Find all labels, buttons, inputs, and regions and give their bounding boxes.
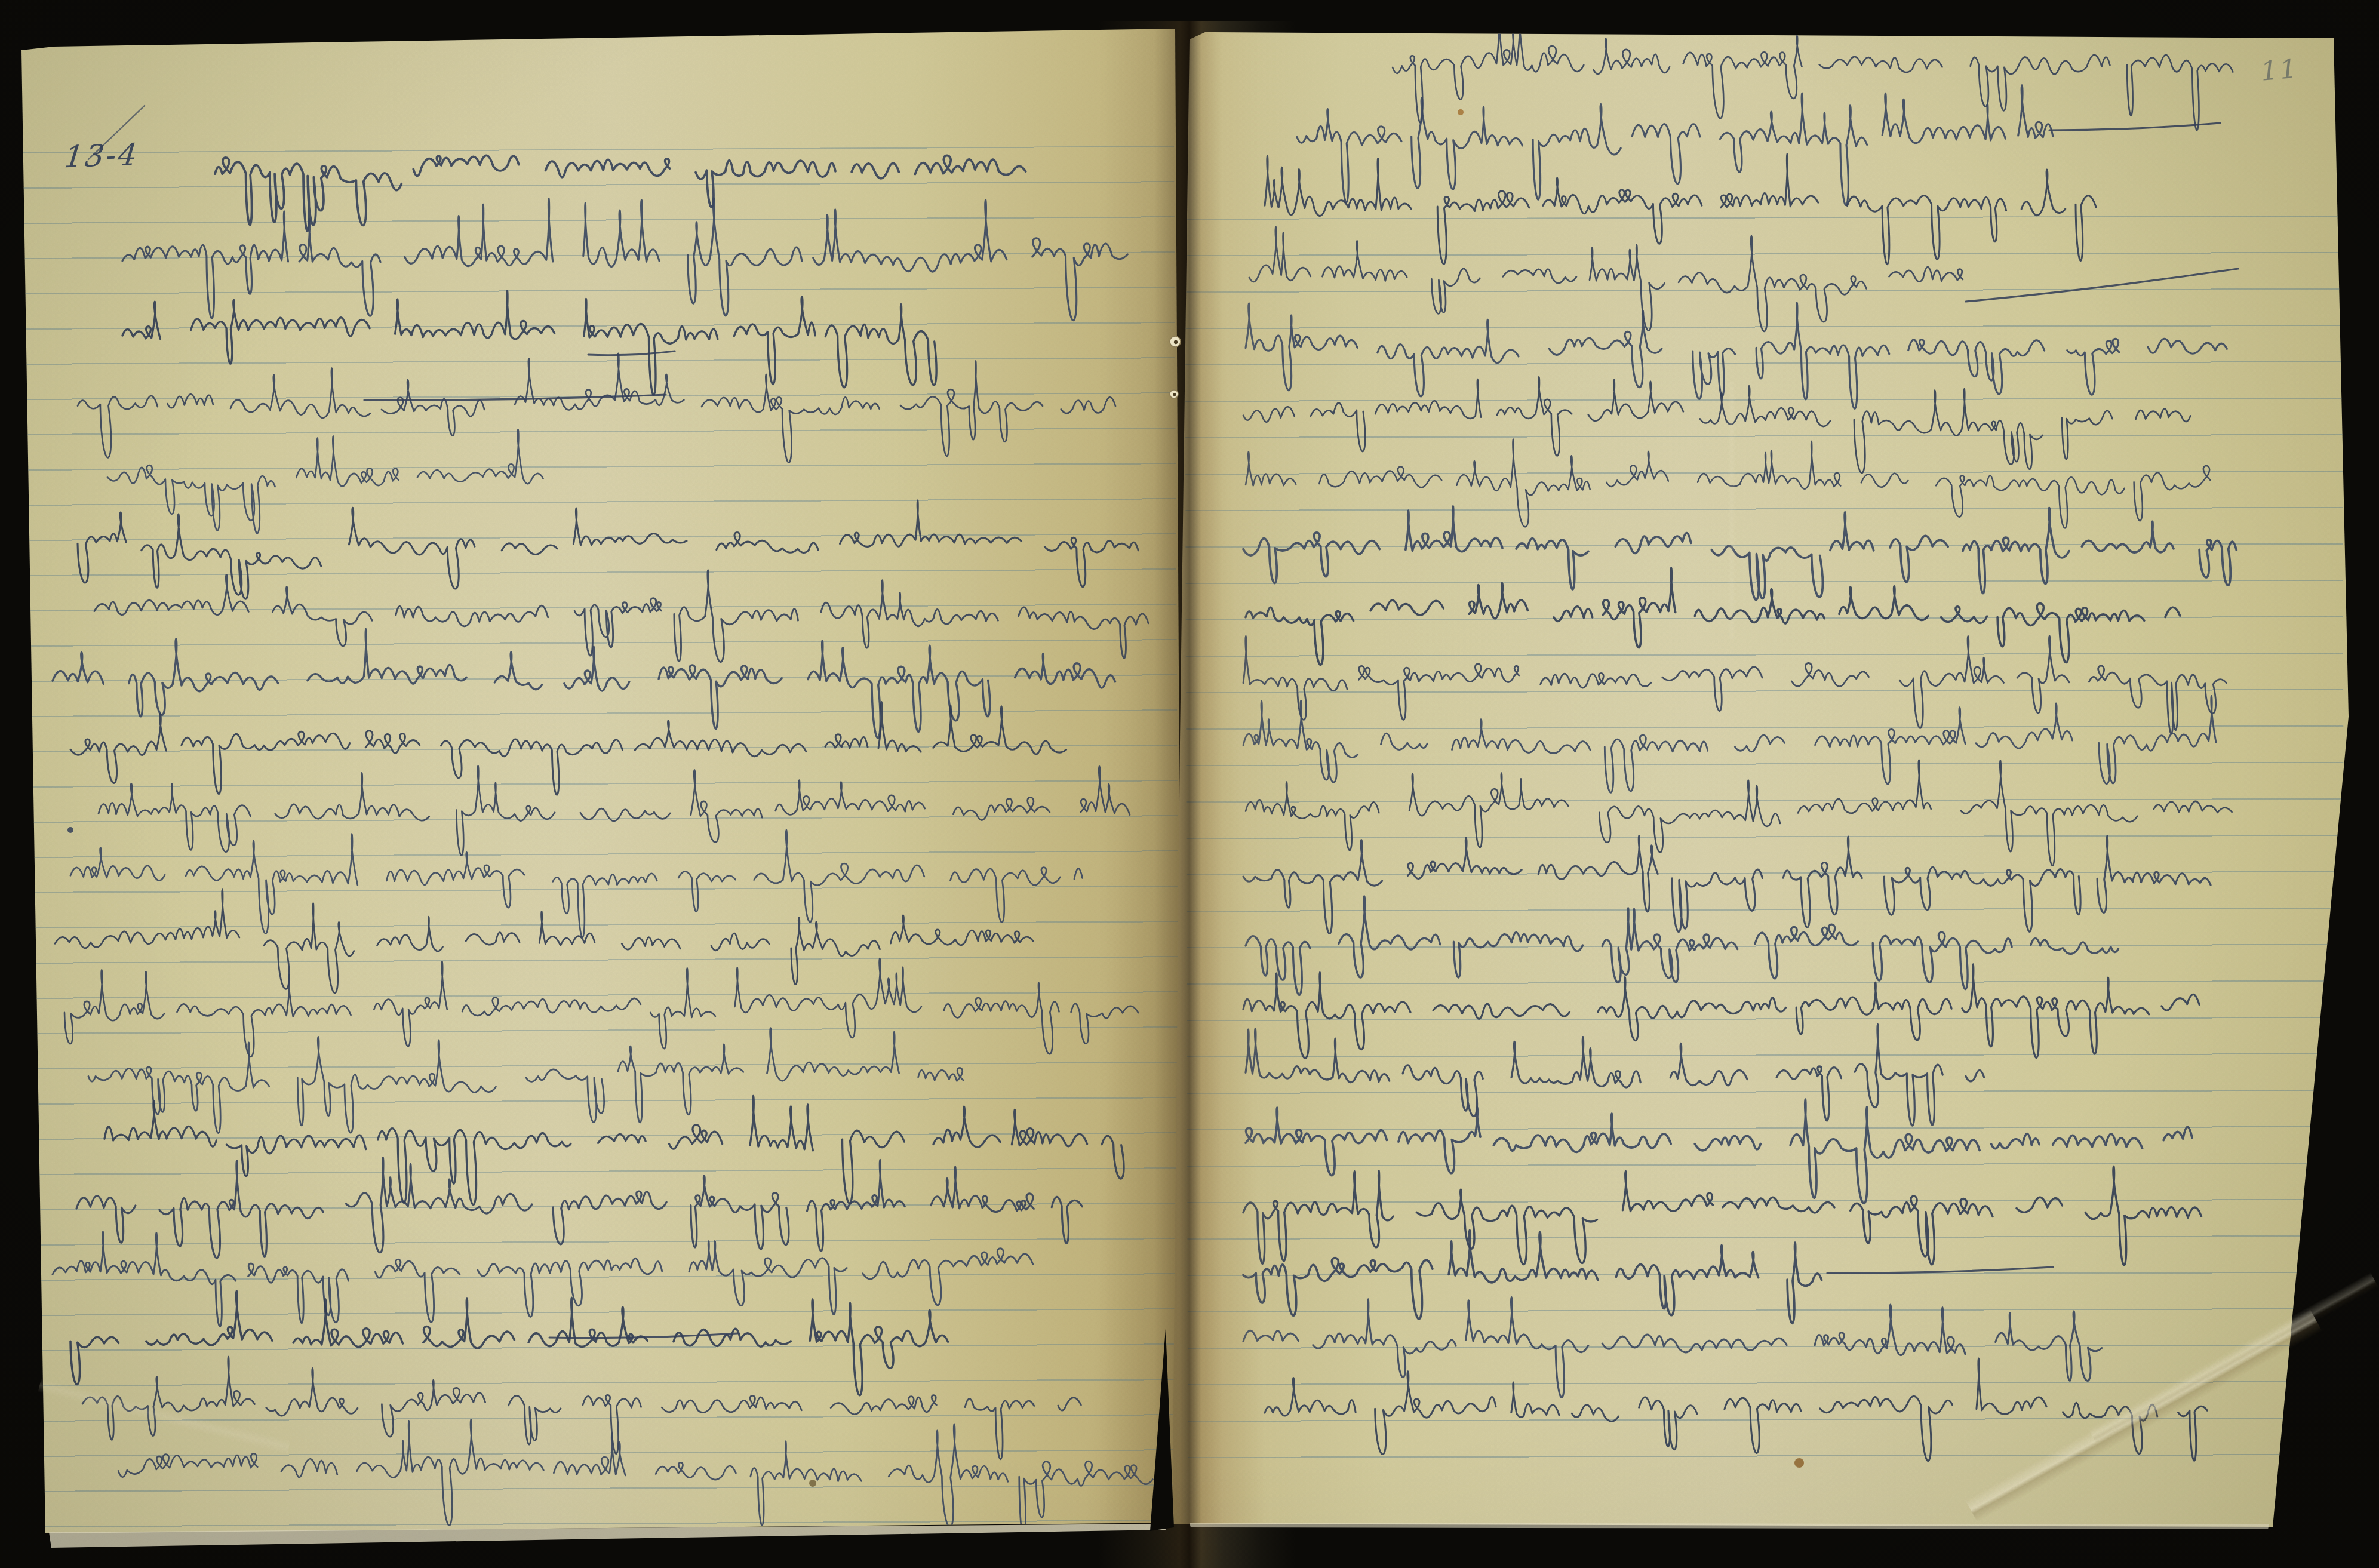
ruled-lines-right	[1185, 216, 2345, 1466]
notebook-scan: 13-4 11	[0, 0, 2379, 1568]
handwriting-line	[1249, 227, 1963, 331]
handwriting-line	[70, 702, 1066, 795]
ink-dash-stroke	[1827, 1267, 2053, 1273]
handwriting-line	[1243, 1231, 1822, 1324]
handwriting-line	[53, 629, 1115, 738]
handwriting-line	[1243, 506, 2236, 600]
handwriting-line	[1246, 303, 2227, 408]
handwriting-line	[107, 429, 543, 533]
ink-dash-stroke	[2049, 123, 2220, 130]
handwriting-line	[55, 890, 1033, 993]
handwriting-line	[1243, 377, 2190, 473]
handwriting-line	[1246, 1024, 1984, 1126]
handwriting-line	[1393, 26, 2233, 130]
handwriting-line	[122, 291, 936, 395]
handwriting-line	[53, 1232, 1033, 1327]
handwriting-line	[82, 1357, 1081, 1459]
handwriting-line	[78, 353, 1115, 463]
ink-dash-stroke	[364, 395, 666, 400]
handwriting-line	[64, 958, 1138, 1057]
handwriting-line	[1246, 896, 2119, 995]
handwriting-line	[122, 198, 1127, 321]
handwriting-line	[104, 1096, 1124, 1204]
handwriting-line	[76, 1158, 1082, 1258]
handwriting-line	[1265, 154, 2096, 265]
ink-blob	[67, 827, 73, 833]
handwriting-line	[1243, 1298, 2102, 1398]
handwriting-line	[1265, 1358, 2207, 1461]
handwriting-line	[1246, 568, 2180, 665]
handwriting-line	[1246, 1099, 2192, 1203]
handwriting-line	[1243, 696, 2216, 792]
handwriting-line	[70, 830, 1083, 937]
handwriting-line	[215, 155, 1026, 231]
handwriting-line	[78, 500, 1138, 599]
notebook-page-left: 13-4	[18, 24, 1182, 1552]
ink-dash-stroke	[588, 351, 675, 355]
handwriting-line	[1243, 1167, 2202, 1265]
handwriting-line	[94, 570, 1148, 662]
page-number: 11	[2260, 53, 2300, 87]
handwriting-line	[99, 766, 1130, 856]
handwriting-line	[1243, 964, 2199, 1058]
handwriting-line	[1243, 636, 2226, 734]
handwriting-line	[1246, 760, 2232, 866]
paper-sheen-right	[1169, 327, 2358, 1531]
notebook-page-right: 11	[1169, 26, 2358, 1531]
ruled-lines-left	[18, 146, 1182, 1532]
ink-dash-stroke	[549, 1333, 737, 1338]
date-heading: 13-4	[63, 137, 140, 175]
handwriting-line	[1243, 836, 2211, 934]
ink-dash-stroke	[1966, 269, 2238, 302]
paper-sheen-left	[18, 330, 1182, 1552]
handwriting-line	[88, 1028, 963, 1133]
handwriting-layer-right	[1169, 26, 2358, 1531]
handwriting-line	[70, 1291, 948, 1395]
handwriting-layer-left	[18, 24, 1182, 1552]
handwriting-line	[118, 1419, 1152, 1538]
handwriting-line	[1246, 439, 2211, 528]
handwriting-line	[1297, 85, 2053, 205]
